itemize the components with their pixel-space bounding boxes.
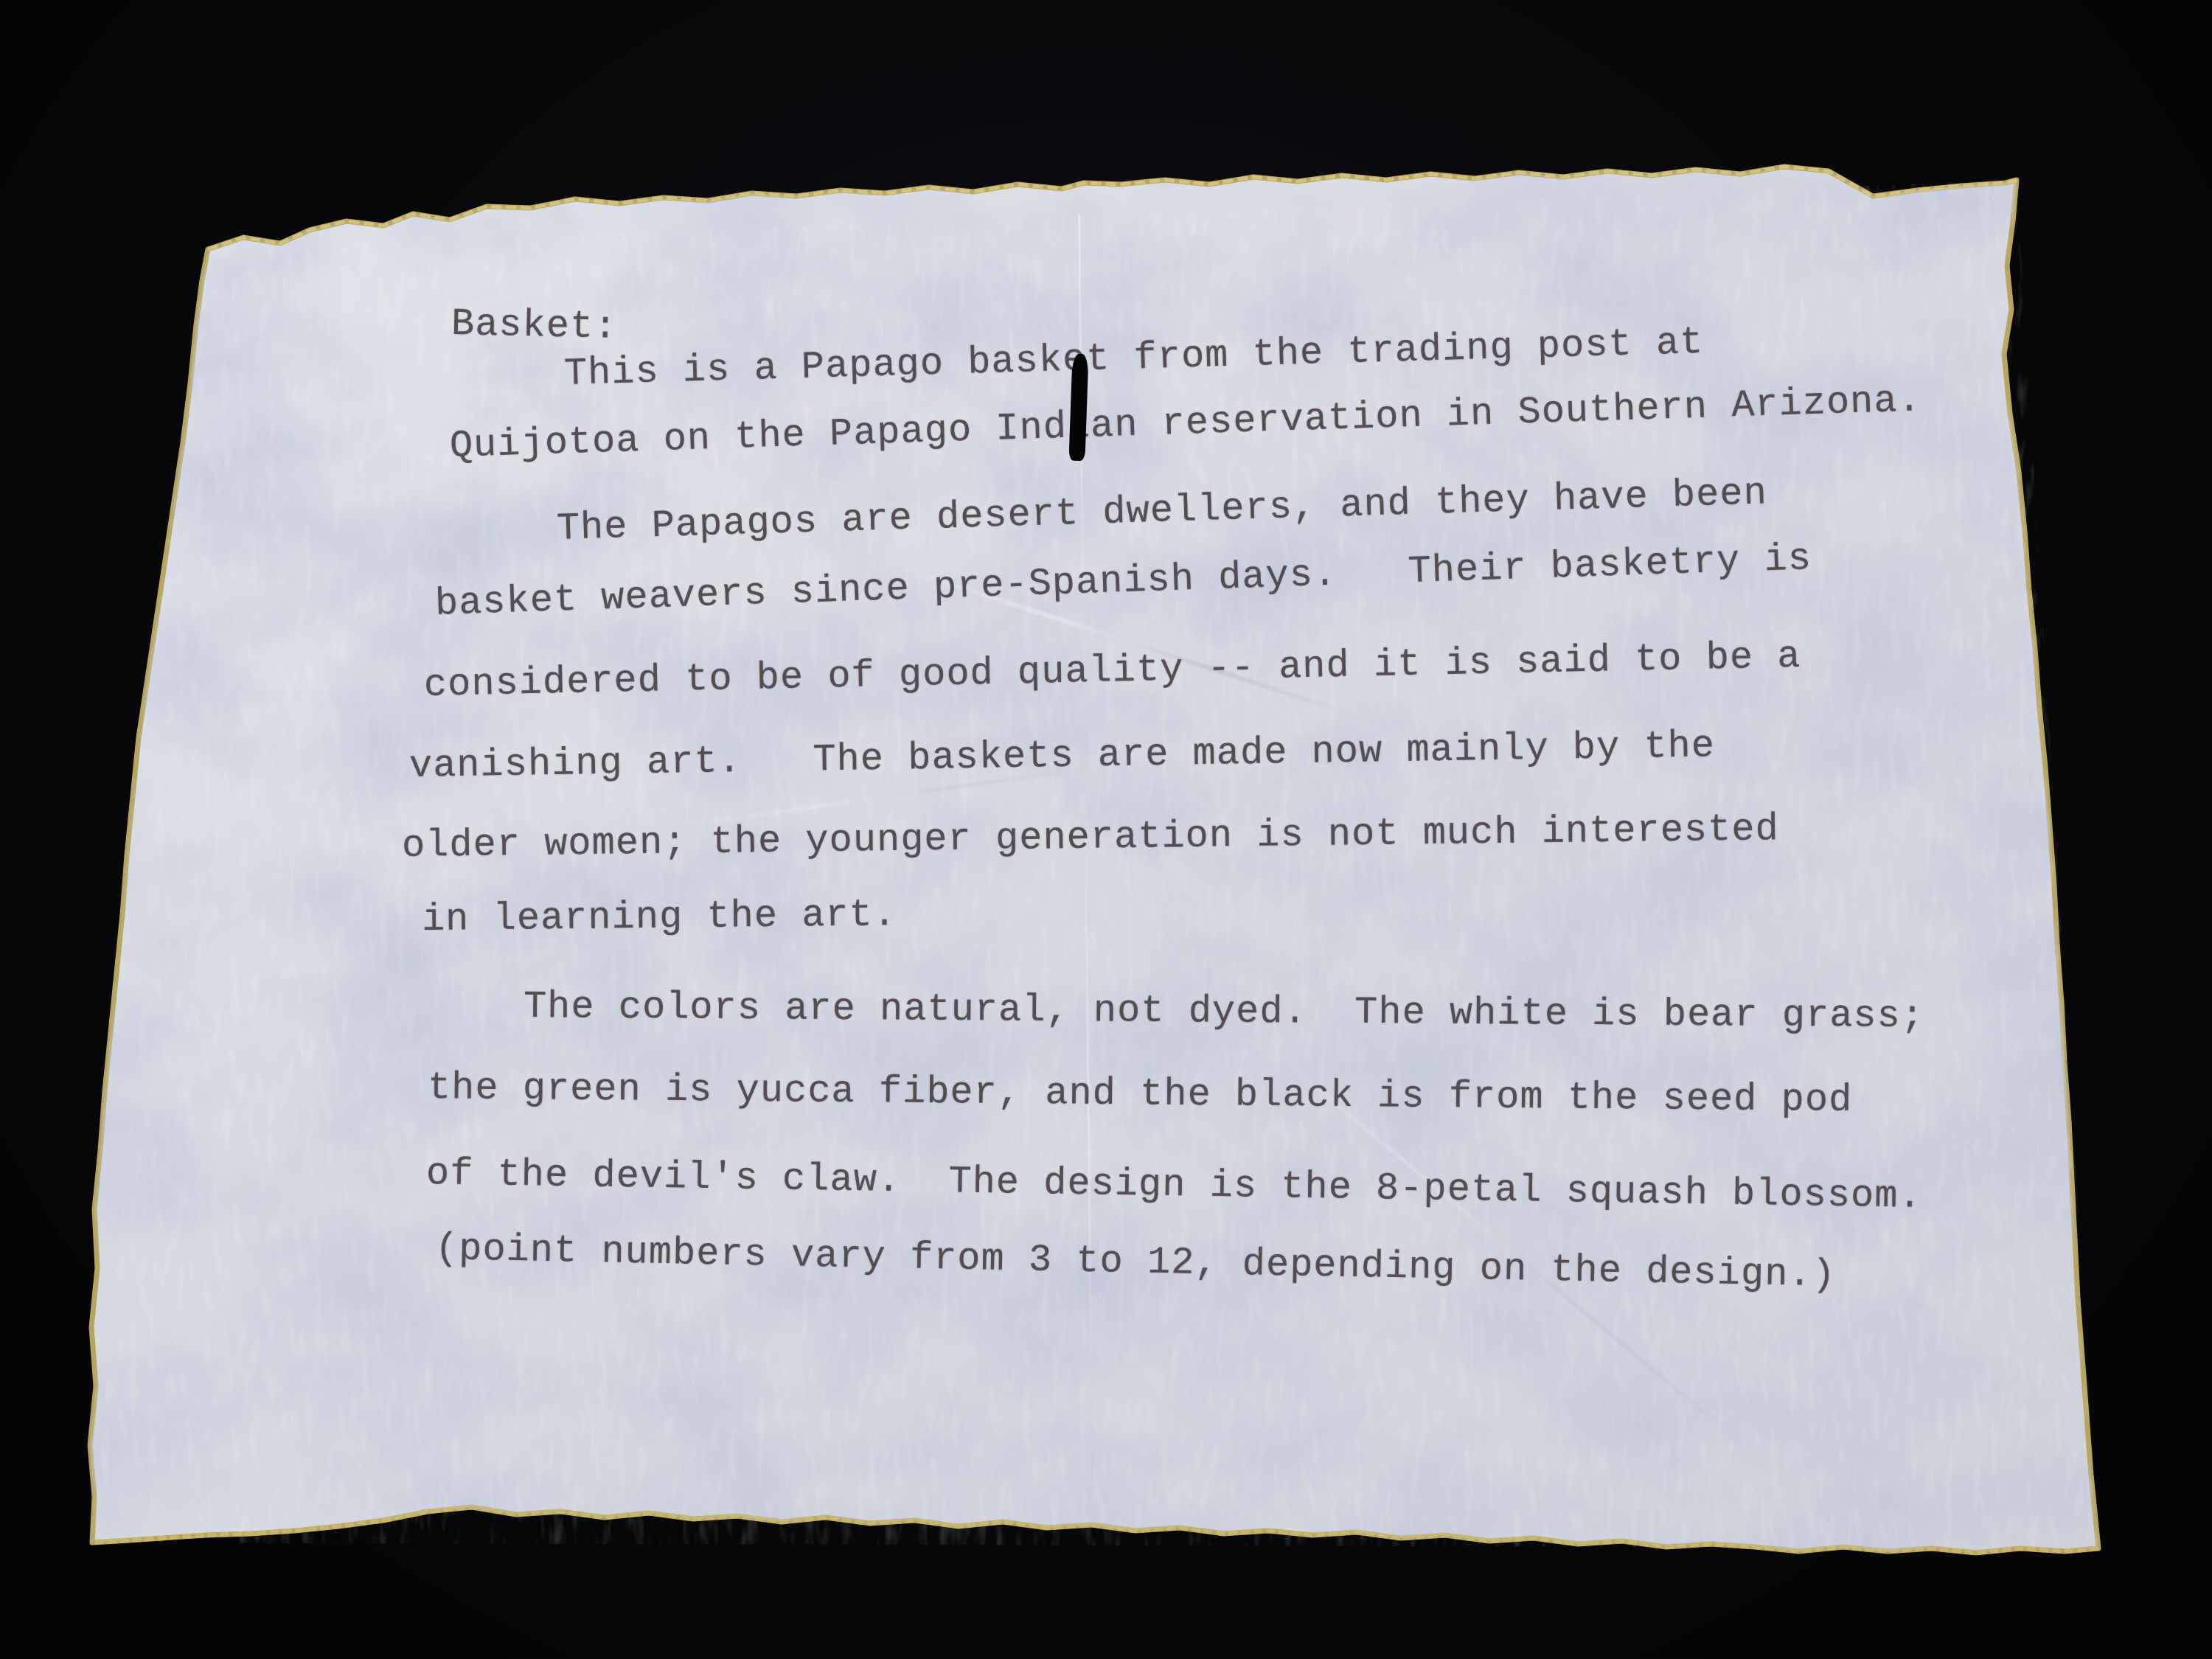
text-line: basket weavers since pre-Spanish days. T… (434, 537, 1812, 626)
text-line: older women; the younger generation is n… (402, 807, 1779, 868)
text-line: This is a Papago basket from the trading… (563, 321, 1704, 396)
text-line: The Papagos are desert dwellers, and the… (556, 471, 1767, 551)
text-line: vanishing art. The baskets are made now … (409, 724, 1716, 788)
text-line: considered to be of good quality -- and … (423, 635, 1801, 707)
typed-text: Basket: This is a Papago basket from the… (0, 0, 2212, 1659)
text-line: the green is yucca fiber, and the black … (428, 1066, 1853, 1122)
text-line: The colors are natural, not dyed. The wh… (524, 985, 1924, 1038)
text-line: in learning the art. (422, 893, 897, 942)
document-heading: Basket: (451, 302, 618, 349)
text-line: of the devil's claw. The design is the 8… (426, 1152, 1923, 1219)
text-line: (point numbers vary from 3 to 12, depend… (434, 1227, 1836, 1297)
typed-paper-sheet: Basket: This is a Papago basket from the… (0, 0, 2212, 1659)
